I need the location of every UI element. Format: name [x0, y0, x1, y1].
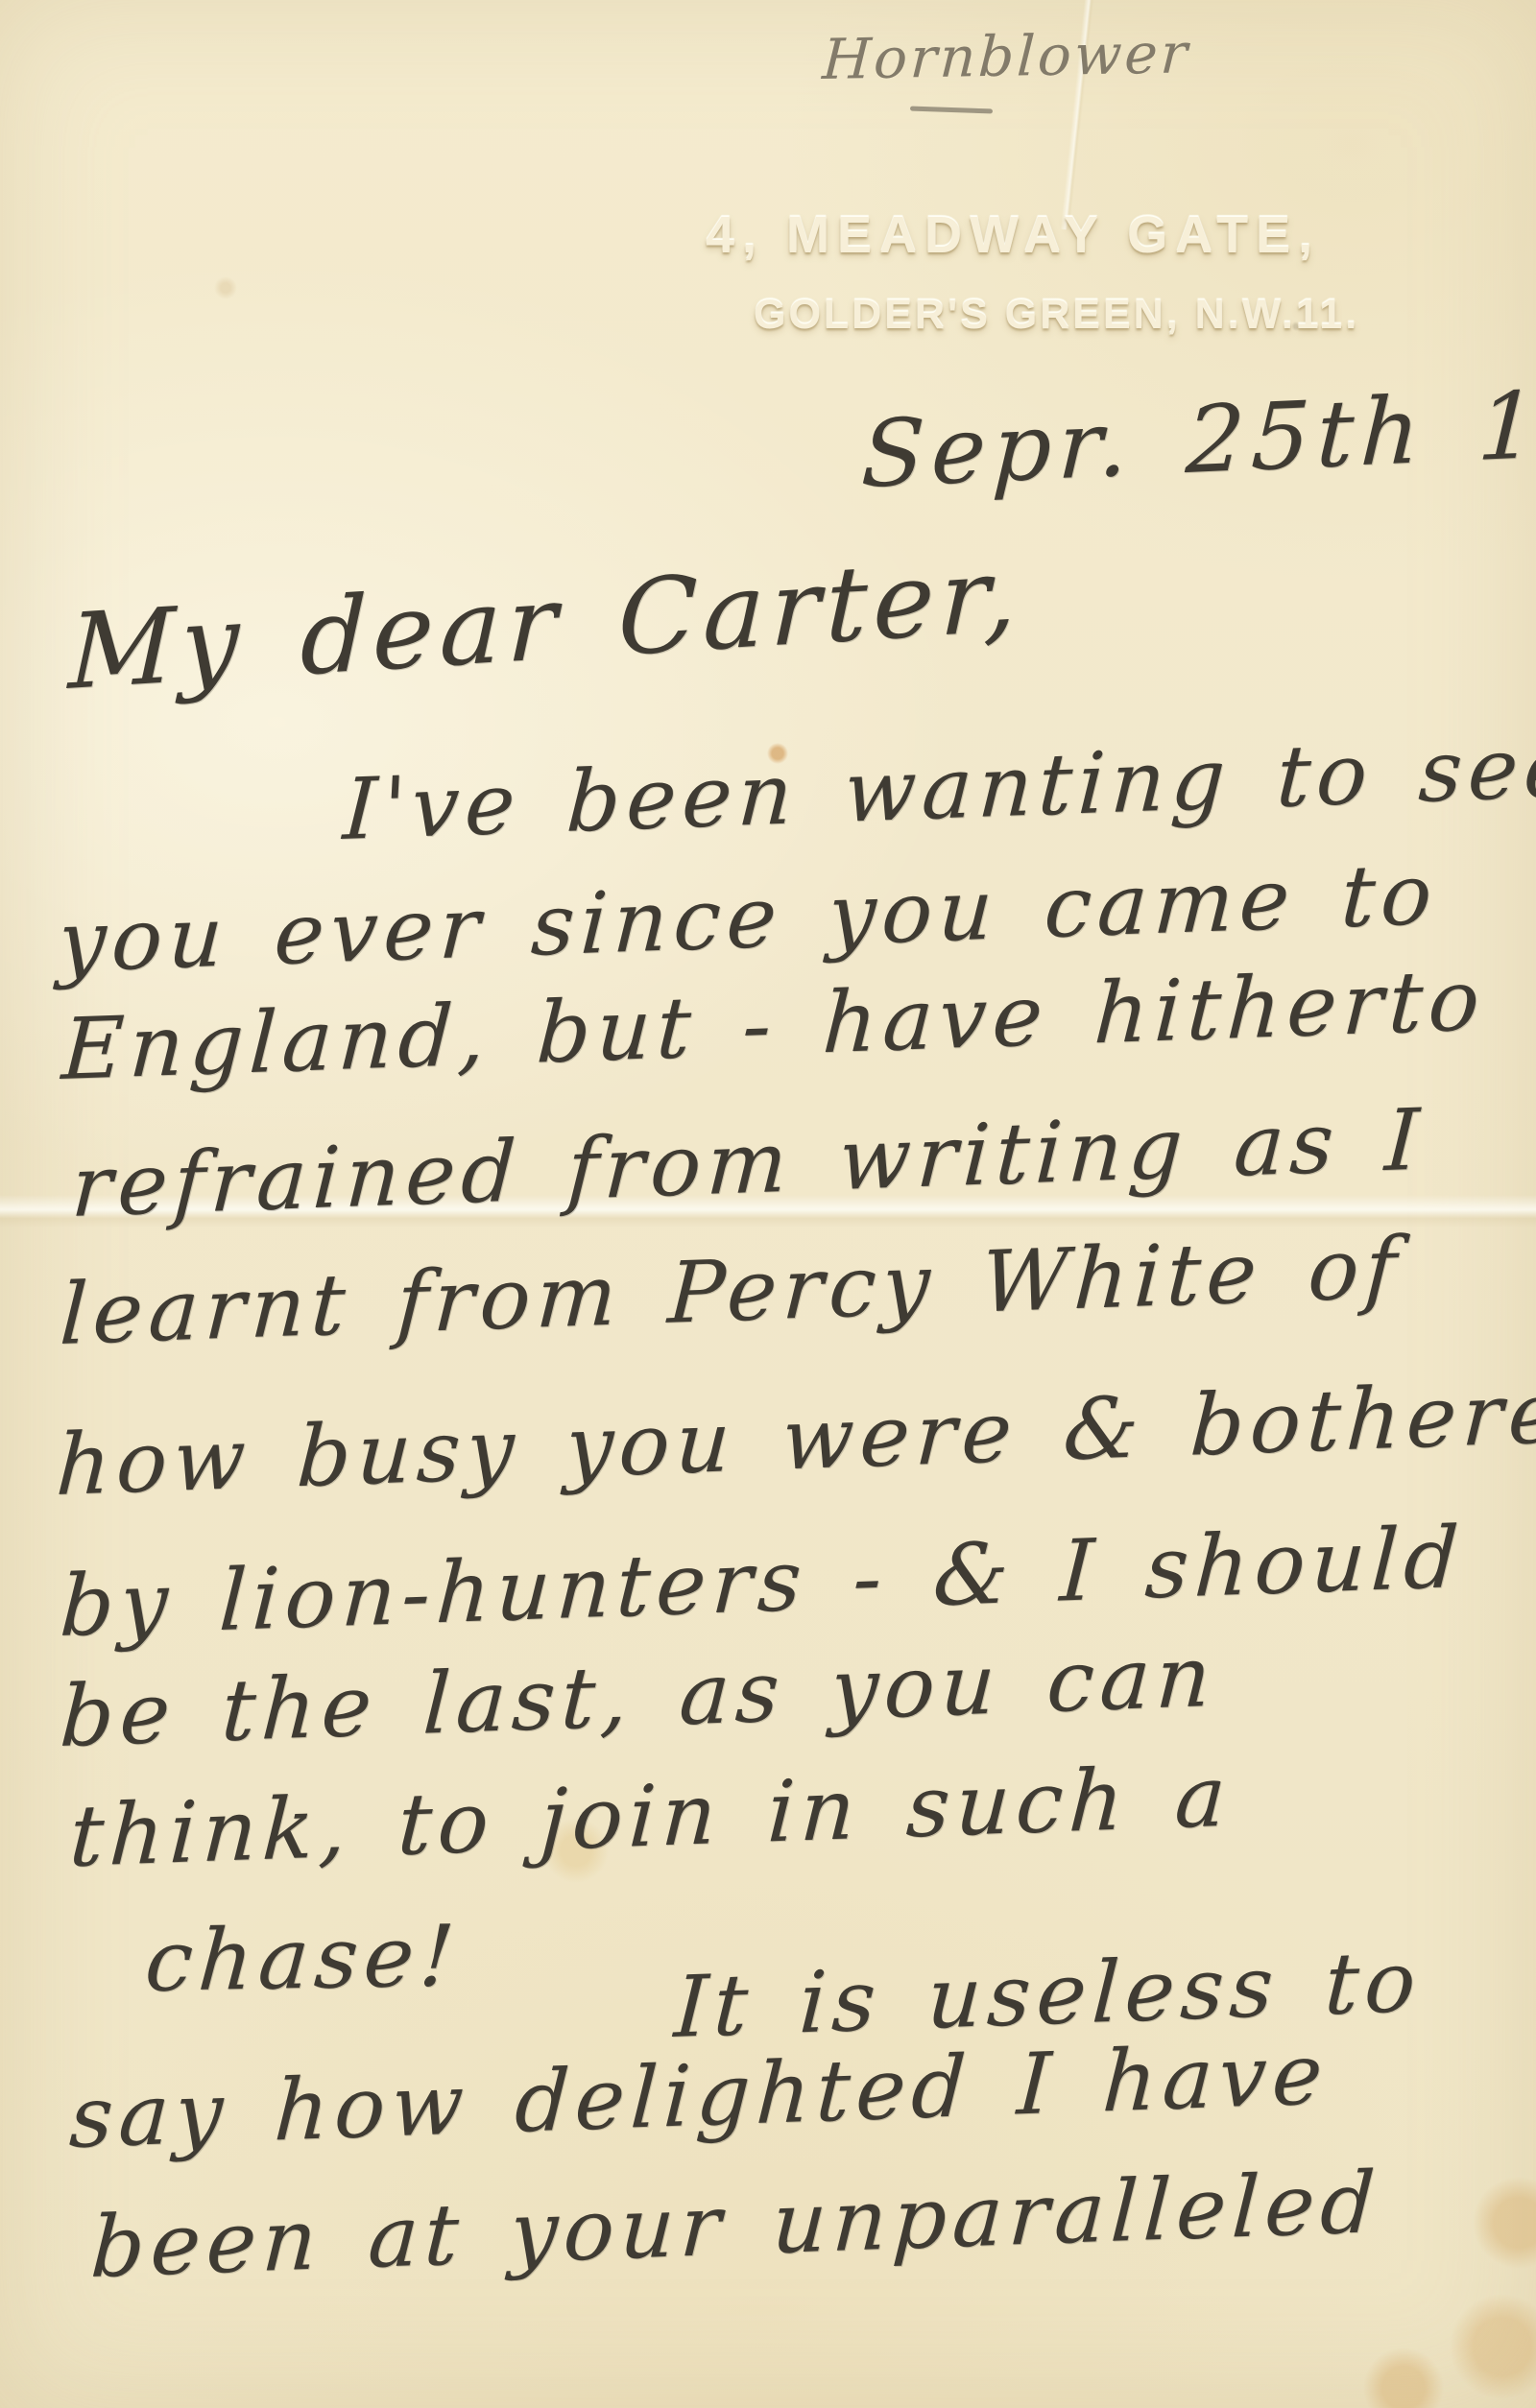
pencil-annotation-underline	[910, 107, 993, 114]
letter-body-line: chase!	[142, 1906, 463, 2011]
letter-body-line: learnt from Percy White of	[58, 1218, 1404, 1364]
letter-body-line: think, to join in such a	[67, 1747, 1234, 1886]
letter-page: Hornblower 4, MEADWAY GATE, GOLDER'S GRE…	[0, 0, 1536, 2408]
salutation: My dear Carter,	[67, 535, 1024, 713]
letter-body-line: say how delighted I have	[67, 2024, 1331, 2167]
pencil-annotation: Hornblower	[821, 20, 1191, 92]
letter-body-line: by lion-hunters - & I should	[58, 1508, 1467, 1656]
letter-body-line: been at your unparalleled	[88, 2153, 1383, 2297]
date-line: Sepr. 25th 1923.	[859, 361, 1536, 509]
letterhead-address-line-1: 4, MEADWAY GATE,	[706, 205, 1320, 265]
letter-body-line: how busy you were & bothered	[54, 1361, 1536, 1514]
letter-body-line: refrained from writing as I	[69, 1090, 1427, 1236]
letterhead-address-line-2: GOLDER'S GREEN, N.W.11.	[754, 292, 1359, 339]
letter-body-line: I've been wanting to see	[341, 717, 1536, 859]
